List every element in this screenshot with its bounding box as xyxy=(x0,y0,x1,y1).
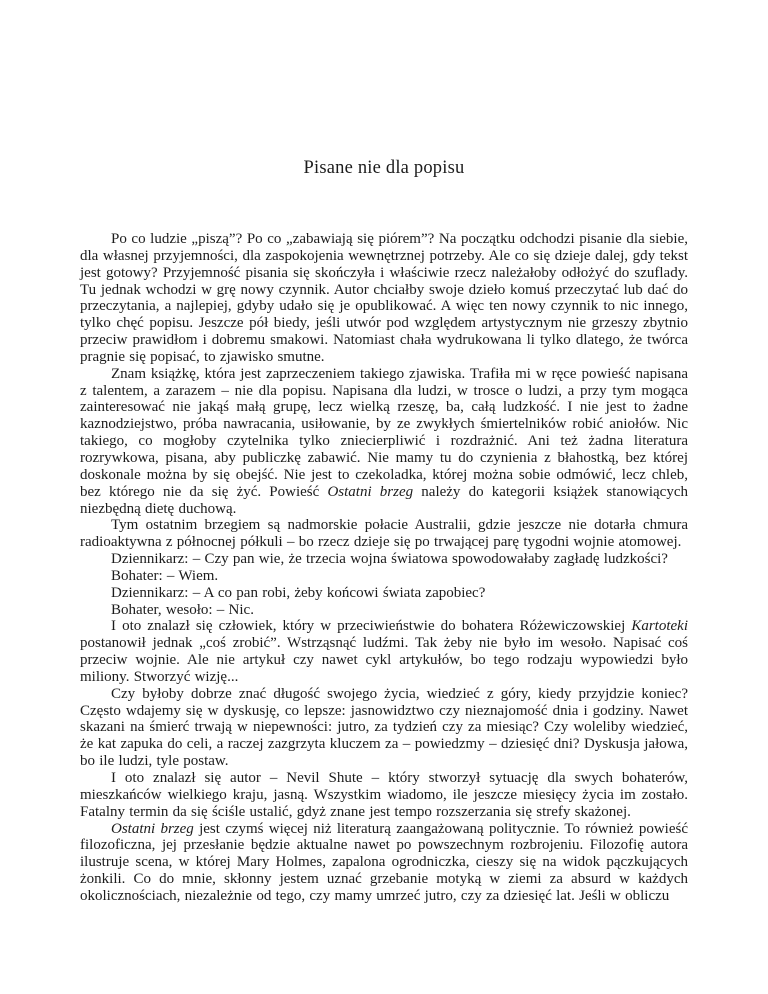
paragraph-4: I oto znalazł się człowiek, który w prze… xyxy=(80,618,688,685)
paragraph-5: Czy byłoby dobrze znać długość swojego ż… xyxy=(80,686,688,770)
text-run: I oto znalazł się człowiek, który w prze… xyxy=(111,618,631,634)
document-page: Pisane nie dla popisu Po co ludzie „pisz… xyxy=(0,0,768,994)
paragraph-1: Po co ludzie „piszą”? Po co „zabawiają s… xyxy=(80,231,688,366)
paragraph-7: Ostatni brzeg jest czymś więcej niż lite… xyxy=(80,821,688,905)
dialogue-line-3: Dziennikarz: – A co pan robi, żeby końco… xyxy=(80,585,688,602)
text-run: I oto znalazł się autor – Nevil Shute – … xyxy=(80,770,688,820)
text-run: Dziennikarz: – Czy pan wie, że trzecia w… xyxy=(111,551,668,567)
dialogue-line-2: Bohater: – Wiem. xyxy=(80,568,688,585)
text-run: postanowił jednak „coś zrobić”. Wstrząsn… xyxy=(80,635,688,685)
text-run: Po co ludzie „piszą”? Po co „zabawiają s… xyxy=(80,231,688,365)
text-run: Znam książkę, która jest zaprzeczeniem t… xyxy=(80,366,688,500)
text-run: Bohater: – Wiem. xyxy=(111,568,218,584)
page-title: Pisane nie dla popisu xyxy=(80,158,688,179)
paragraph-2: Znam książkę, która jest zaprzeczeniem t… xyxy=(80,366,688,518)
text-run: Tym ostatnim brzegiem są nadmorskie poła… xyxy=(80,517,688,550)
document-body: Po co ludzie „piszą”? Po co „zabawiają s… xyxy=(80,231,688,905)
dialogue-line-4: Bohater, wesoło: – Nic. xyxy=(80,602,688,619)
text-run: Czy byłoby dobrze znać długość swojego ż… xyxy=(80,686,688,769)
paragraph-6: I oto znalazł się autor – Nevil Shute – … xyxy=(80,770,688,821)
dialogue-line-1: Dziennikarz: – Czy pan wie, że trzecia w… xyxy=(80,551,688,568)
italic-text-run: Ostatni brzeg xyxy=(111,821,194,837)
italic-text-run: Kartoteki xyxy=(631,618,688,634)
italic-text-run: Ostatni brzeg xyxy=(327,484,413,500)
paragraph-3: Tym ostatnim brzegiem są nadmorskie poła… xyxy=(80,517,688,551)
text-run: Dziennikarz: – A co pan robi, żeby końco… xyxy=(111,585,485,601)
text-run: Bohater, wesoło: – Nic. xyxy=(111,602,254,618)
